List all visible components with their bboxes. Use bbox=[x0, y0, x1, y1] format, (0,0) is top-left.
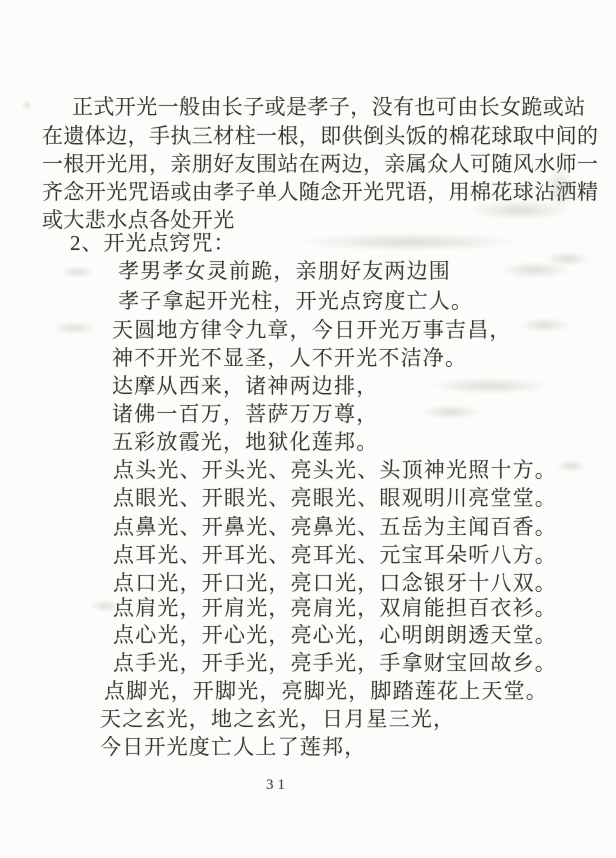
verse-line: 孝子拿起开光柱，开光点窍度亡人。 bbox=[118, 289, 473, 313]
verse-line: 孝男孝女灵前跪，亲朋好友两边围 bbox=[118, 259, 451, 283]
verse-line: 五彩放霞光，地狱化莲邦。 bbox=[112, 430, 378, 454]
page-number: 31 bbox=[266, 777, 289, 794]
verse-line: 天之玄光，地之玄光，日月星三光， bbox=[100, 707, 455, 731]
scan-noise bbox=[520, 318, 570, 332]
scanned-book-page: 正式开光一般由长子或是孝子，没有也可由长女跪或站 在遗体边，手执三材柱一根，即供… bbox=[0, 0, 616, 858]
scan-noise bbox=[22, 100, 32, 110]
scan-noise bbox=[300, 233, 520, 251]
verse-line: 天圆地方律令九章，今日开光万事吉昌， bbox=[112, 318, 512, 342]
scan-noise bbox=[60, 266, 94, 278]
verse-line: 诸佛一百万，菩萨万万尊， bbox=[112, 402, 378, 426]
paragraph-line: 齐念开光咒语或由孝子单人随念开光咒语，用棉花球沾洒精 bbox=[42, 180, 598, 204]
scan-noise bbox=[500, 262, 570, 278]
scan-noise bbox=[430, 378, 550, 394]
verse-line: 点耳光、开耳光、亮耳光、元宝耳朵听八方。 bbox=[113, 543, 557, 567]
verse-line: 点手光，开手光，亮手光，手拿财宝回故乡。 bbox=[113, 651, 557, 675]
section-heading: 2、开光点窍咒： bbox=[70, 231, 236, 255]
verse-line: 神不开光不显圣，人不开光不洁净。 bbox=[112, 346, 467, 370]
paragraph-line: 正式开光一般由长子或是孝子，没有也可由长女跪或站 bbox=[72, 95, 586, 119]
paragraph-line: 在遗体边，手执三材柱一根，即供倒头饭的棉花球取中间的 bbox=[42, 124, 598, 148]
paragraph-line: 或大悲水点各处开光 bbox=[42, 208, 235, 232]
verse-line: 点肩光，开肩光，亮肩光，双肩能担百衣衫。 bbox=[113, 596, 557, 620]
verse-line: 点口光，开口光，亮口光，口念银牙十八双。 bbox=[113, 571, 557, 595]
verse-line: 点心光，开心光，亮心光，心明朗朗透天堂。 bbox=[113, 623, 557, 647]
verse-line: 达摩从西来，诸神两边排， bbox=[112, 374, 378, 398]
scan-noise bbox=[420, 405, 480, 419]
paragraph-line: 一根开光用，亲朋好友围站在两边，亲属众人可随风水师一 bbox=[42, 152, 598, 176]
verse-line: 点鼻光、开鼻光、亮鼻光、五岳为主闻百香。 bbox=[113, 515, 557, 539]
scan-noise bbox=[545, 252, 590, 266]
verse-line: 今日开光度亡人上了莲邦， bbox=[100, 735, 366, 759]
scan-noise bbox=[556, 460, 586, 472]
scan-noise bbox=[52, 322, 96, 334]
verse-line: 点脚光，开脚光，亮脚光，脚踏莲花上天堂。 bbox=[104, 679, 548, 703]
verse-line: 点头光、开头光、亮头光、头顶神光照十方。 bbox=[113, 458, 557, 482]
verse-line: 点眼光、开眼光、亮眼光、眼观明川亮堂堂。 bbox=[113, 486, 557, 510]
